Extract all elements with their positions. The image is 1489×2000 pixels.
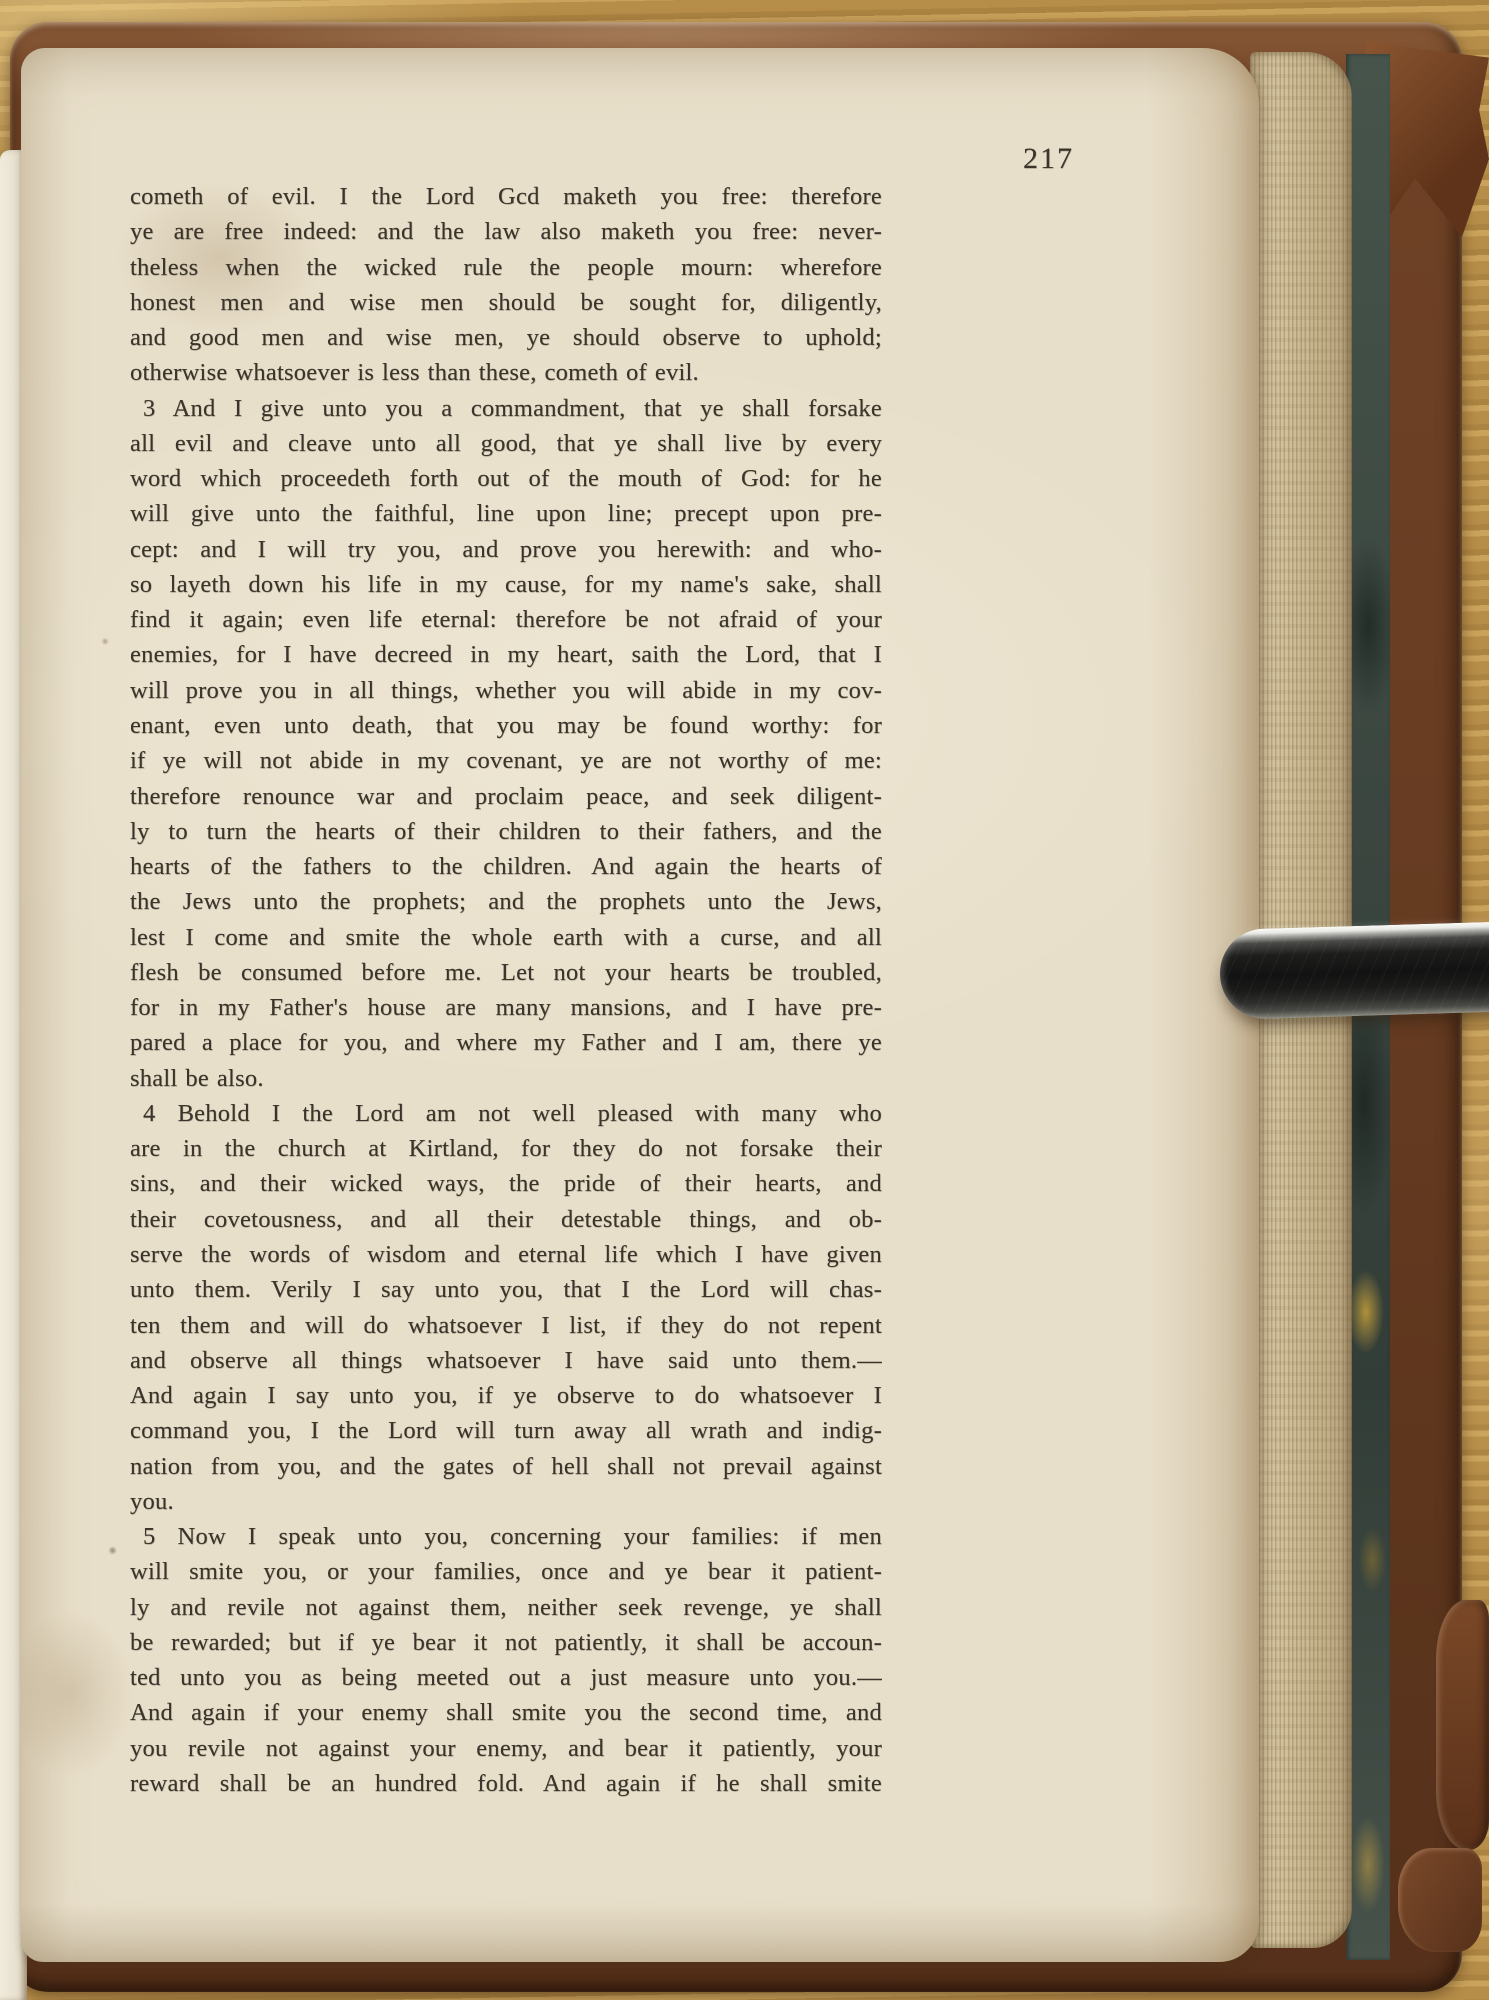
text-line: cept: and I will try you, and prove you … <box>130 532 882 567</box>
text-line: hearts of the fathers to the children. A… <box>130 849 882 884</box>
text-line: will give unto the faithful, line upon l… <box>130 496 882 531</box>
leather-fold <box>1436 1600 1489 1850</box>
text-line: will smite you, or your families, once a… <box>130 1554 882 1589</box>
text-line: ten them and will do whatsoever I list, … <box>130 1308 882 1343</box>
text-line: cometh of evil. I the Lord Gcd maketh yo… <box>130 179 882 214</box>
text-line: and good men and wise men, ye should obs… <box>130 320 882 355</box>
text-line: serve the words of wisdom and eternal li… <box>130 1237 882 1272</box>
text-line: you revile not against your enemy, and b… <box>130 1731 882 1766</box>
text-line: honest men and wise men should be sought… <box>130 285 882 320</box>
text-line: pared a place for you, and where my Fath… <box>130 1025 882 1060</box>
text-line: sins, and their wicked ways, the pride o… <box>130 1166 882 1201</box>
text-line: will prove you in all things, whether yo… <box>130 673 882 708</box>
text-line: enant, even unto death, that you may be … <box>130 708 882 743</box>
text-line: find it again; even life eternal: theref… <box>130 602 882 637</box>
leather-fold-bottom <box>1398 1848 1482 1952</box>
text-line: And again I say unto you, if ye observe … <box>130 1378 882 1413</box>
text-line: if ye will not abide in my covenant, ye … <box>130 743 882 778</box>
text-line: therefore renounce war and proclaim peac… <box>130 779 882 814</box>
text-line: and observe all things whatsoever I have… <box>130 1343 882 1378</box>
text-line: ly and revile not against them, neither … <box>130 1590 882 1625</box>
page-number: 217 <box>1023 142 1074 176</box>
text-line: for in my Father's house are many mansio… <box>130 990 882 1025</box>
text-line: flesh be consumed before me. Let not you… <box>130 955 882 990</box>
text-line: ye are free indeed: and the law also mak… <box>130 214 882 249</box>
text-line: all evil and cleave unto all good, that … <box>130 426 882 461</box>
text-line: reward shall be an hundred fold. And aga… <box>130 1766 882 1801</box>
book-page: 217 cometh of evil. I the Lord Gcd maket… <box>21 48 1259 1962</box>
text-line: their covetousness, and all their detest… <box>130 1202 882 1237</box>
text-line: unto them. Verily I say unto you, that I… <box>130 1272 882 1307</box>
text-line: ly to turn the hearts of their children … <box>130 814 882 849</box>
text-line: otherwise whatsoever is less than these,… <box>130 355 882 390</box>
text-line: And again if your enemy shall smite you … <box>130 1695 882 1730</box>
text-line: the Jews unto the prophets; and the prop… <box>130 884 882 919</box>
book-photo: 217 cometh of evil. I the Lord Gcd maket… <box>0 0 1489 2000</box>
metal-page-clip <box>1219 922 1489 1020</box>
text-line: shall be also. <box>130 1061 882 1096</box>
text-line: ted unto you as being meeted out a just … <box>130 1660 882 1695</box>
text-line: be rewarded; but if ye bear it not patie… <box>130 1625 882 1660</box>
text-line: lest I come and smite the whole earth wi… <box>130 920 882 955</box>
text-line: so layeth down his life in my cause, for… <box>130 567 882 602</box>
text-line: 4 Behold I the Lord am not well pleased … <box>130 1096 882 1131</box>
text-line: you. <box>130 1484 882 1519</box>
page-text-block: cometh of evil. I the Lord Gcd maketh yo… <box>130 179 882 1801</box>
text-line: nation from you, and the gates of hell s… <box>130 1449 882 1484</box>
text-line: are in the church at Kirtland, for they … <box>130 1131 882 1166</box>
text-line: 3 And I give unto you a commandment, tha… <box>130 391 882 426</box>
text-line: 5 Now I speak unto you, concerning your … <box>130 1519 882 1554</box>
text-line: enemies, for I have decreed in my heart,… <box>130 637 882 672</box>
text-line: command you, I the Lord will turn away a… <box>130 1413 882 1448</box>
text-line: theless when the wicked rule the people … <box>130 250 882 285</box>
text-line: word which proceedeth forth out of the m… <box>130 461 882 496</box>
